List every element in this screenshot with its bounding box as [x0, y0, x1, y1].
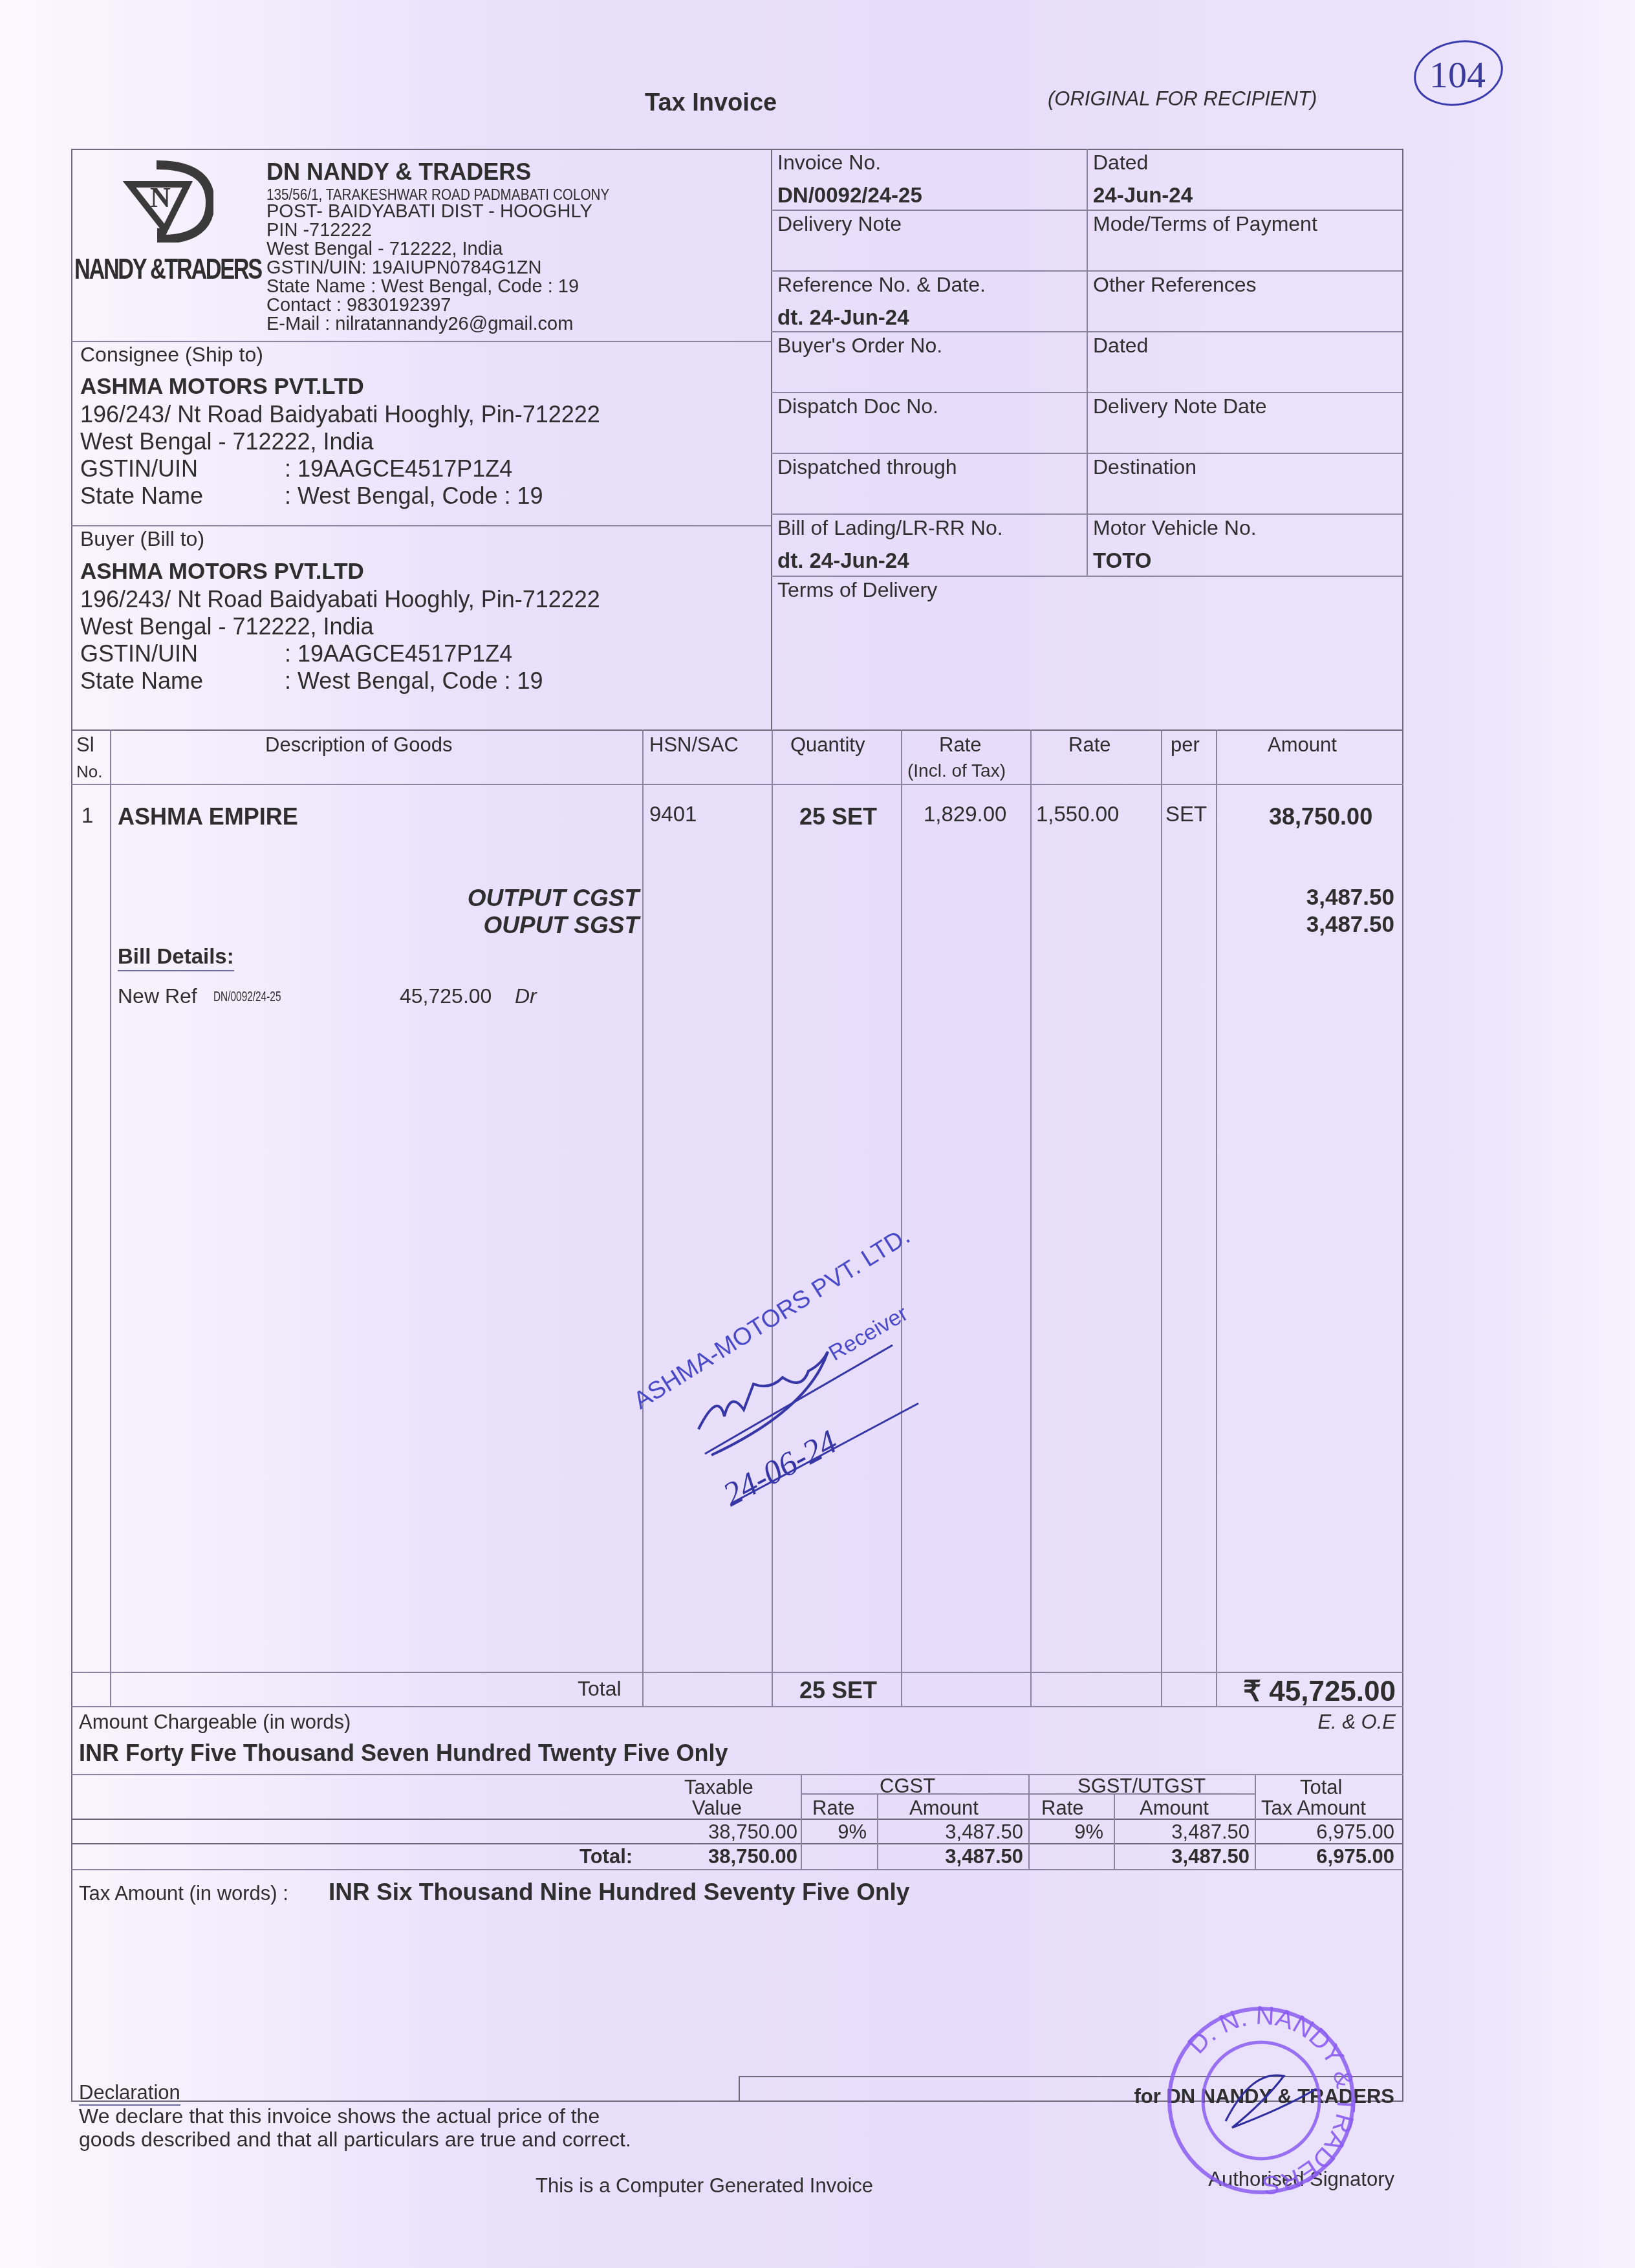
- bill-of-lading-value: dt. 24-Jun-24: [777, 548, 909, 573]
- tax-in-words: INR Six Thousand Nine Hundred Seventy Fi…: [329, 1879, 909, 1906]
- buyer-name: ASHMA MOTORS PVT.LTD: [80, 559, 364, 585]
- tax-col-total-2: Tax Amount: [1261, 1797, 1366, 1820]
- eoe-label: E. & O.E: [1317, 1711, 1396, 1734]
- output-sgst-label: OUPUT SGST: [483, 912, 639, 939]
- tax-row-sgst-rate: 9%: [1074, 1820, 1103, 1844]
- svg-text:104: 104: [1429, 54, 1486, 96]
- bill-ref-no: DN/0092/24-25: [213, 988, 281, 1005]
- seller-pin: PIN -712222: [266, 221, 372, 240]
- other-references-label: Other References: [1093, 273, 1257, 297]
- bill-amount: 45,725.00: [400, 984, 492, 1008]
- col-per: per: [1171, 733, 1200, 757]
- consignee-address-2: West Bengal - 712222, India: [80, 428, 374, 455]
- tax-col-cgst-rate: Rate: [812, 1797, 854, 1820]
- company-seal-stamp: D. N. NANDY & TRADERS: [1154, 1992, 1361, 2205]
- seller-name: DN NANDY & TRADERS: [266, 158, 531, 186]
- col-amount: Amount: [1268, 733, 1337, 757]
- col-rate: Rate: [1068, 733, 1110, 757]
- col-quantity: Quantity: [790, 733, 865, 757]
- tax-row-total: 6,975.00: [1316, 1820, 1394, 1844]
- reference-label: Reference No. & Date.: [777, 273, 986, 297]
- col-sl: Sl: [76, 733, 94, 757]
- vehicle-no: TOTO: [1093, 548, 1151, 573]
- total-quantity: 25 SET: [799, 1677, 877, 1704]
- seller-gstin: GSTIN/UIN: 19AIUPN0784G1ZN: [266, 259, 541, 277]
- svg-text:D. N. NANDY & TRADERS: D. N. NANDY & TRADERS: [1182, 2001, 1360, 2199]
- output-sgst-amount: 3,487.50: [1306, 912, 1394, 938]
- buyer-gstin-label: GSTIN/UIN: [80, 640, 198, 667]
- invoice-date: 24-Jun-24: [1093, 183, 1193, 208]
- item-description: ASHMA EMPIRE: [118, 803, 298, 830]
- buyer-address-1: 196/243/ Nt Road Baidyabati Hooghly, Pin…: [80, 586, 600, 613]
- seller-state-line: West Bengal - 712222, India: [266, 240, 503, 259]
- total-label: Total: [578, 1677, 622, 1701]
- tax-total-cgst: 3,487.50: [945, 1845, 1023, 1868]
- tax-total-taxable: 38,750.00: [708, 1845, 797, 1868]
- tax-total-label: Total:: [579, 1845, 633, 1868]
- declaration-line-2: goods described and that all particulars…: [79, 2128, 631, 2152]
- dated-label: Dated: [1093, 151, 1148, 175]
- destination-label: Destination: [1093, 455, 1196, 479]
- buyer-label: Buyer (Bill to): [80, 527, 204, 551]
- col-rate-incl: Rate: [939, 733, 981, 757]
- vehicle-no-label: Motor Vehicle No.: [1093, 516, 1257, 540]
- tax-col-taxable-2: Value: [692, 1797, 742, 1820]
- tax-col-total: Total: [1300, 1776, 1342, 1799]
- tax-words-label: Tax Amount (in words) :: [79, 1882, 288, 1905]
- invoice-no-label: Invoice No.: [777, 151, 881, 175]
- tax-col-cgst: CGST: [880, 1775, 935, 1798]
- tax-col-sgst-amount: Amount: [1140, 1797, 1209, 1820]
- svg-text:N: N: [150, 182, 171, 213]
- item-sl: 1: [81, 803, 93, 828]
- item-quantity: 25 SET: [799, 803, 877, 830]
- tax-col-cgst-amount: Amount: [909, 1797, 979, 1820]
- consignee-name: ASHMA MOTORS PVT.LTD: [80, 374, 364, 400]
- computer-generated-note: This is a Computer Generated Invoice: [536, 2174, 873, 2198]
- tax-col-sgst-rate: Rate: [1041, 1797, 1083, 1820]
- item-rate: 1,550.00: [1036, 802, 1119, 826]
- receiver-stamp-signature: ASHMA-MOTORS PVT. LTD. Receiver 24-06-24: [614, 1196, 1035, 1533]
- consignee-state: : West Bengal, Code : 19: [285, 482, 543, 510]
- col-description: Description of Goods: [265, 733, 452, 757]
- bill-details-title: Bill Details:: [118, 944, 234, 971]
- tax-row-cgst-rate: 9%: [838, 1820, 867, 1844]
- invoice-no: DN/0092/24-25: [777, 183, 922, 208]
- document-title: Tax Invoice: [645, 89, 777, 117]
- bill-of-lading-label: Bill of Lading/LR-RR No.: [777, 516, 1003, 540]
- declaration-line-1: We declare that this invoice shows the a…: [79, 2104, 600, 2128]
- tax-row-sgst-amount: 3,487.50: [1171, 1820, 1250, 1844]
- terms-of-delivery-label: Terms of Delivery: [777, 578, 937, 602]
- consignee-gstin-label: GSTIN/UIN: [80, 455, 198, 482]
- consignee-address-1: 196/243/ Nt Road Baidyabati Hooghly, Pin…: [80, 401, 600, 428]
- buyer-state: : West Bengal, Code : 19: [285, 667, 543, 695]
- buyers-order-dated-label: Dated: [1093, 334, 1148, 358]
- buyers-order-label: Buyer's Order No.: [777, 334, 942, 358]
- buyer-state-label: State Name: [80, 667, 203, 695]
- col-hsn: HSN/SAC: [649, 733, 739, 757]
- bill-dr-cr: Dr: [515, 984, 537, 1008]
- handwritten-page-number: 104: [1410, 36, 1507, 113]
- tax-row-cgst-amount: 3,487.50: [945, 1820, 1023, 1844]
- delivery-note-label: Delivery Note: [777, 212, 902, 236]
- seller-state-name: State Name : West Bengal, Code : 19: [266, 277, 579, 296]
- consignee-state-label: State Name: [80, 482, 203, 510]
- amount-words-label: Amount Chargeable (in words): [79, 1711, 351, 1734]
- logo-wordmark: NANDY &TRADERS: [74, 254, 261, 286]
- seller-email: E-Mail : nilratannandy26@gmail.com: [266, 315, 573, 334]
- delivery-note-date-label: Delivery Note Date: [1093, 394, 1267, 418]
- buyer-address-2: West Bengal - 712222, India: [80, 613, 374, 640]
- tax-total-amount: 6,975.00: [1316, 1845, 1394, 1868]
- output-cgst-label: OUTPUT CGST: [468, 885, 639, 912]
- reference-value: dt. 24-Jun-24: [777, 305, 909, 330]
- total-amount: ₹ 45,725.00: [1243, 1675, 1396, 1708]
- dispatched-through-label: Dispatched through: [777, 455, 957, 479]
- buyer-gstin: : 19AAGCE4517P1Z4: [285, 640, 512, 667]
- copy-label: (ORIGINAL FOR RECIPIENT): [1048, 87, 1317, 111]
- col-rate-incl-sub: (Incl. of Tax): [907, 761, 1006, 781]
- tax-col-sgst: SGST/UTGST: [1077, 1775, 1206, 1798]
- dispatch-doc-label: Dispatch Doc No.: [777, 394, 938, 418]
- col-sl-no: No.: [76, 762, 102, 782]
- consignee-gstin: : 19AAGCE4517P1Z4: [285, 455, 512, 482]
- payment-terms-label: Mode/Terms of Payment: [1093, 212, 1317, 236]
- tax-col-taxable: Taxable: [684, 1776, 753, 1799]
- company-logo-icon: N: [116, 158, 213, 243]
- item-rate-incl: 1,829.00: [924, 802, 1006, 826]
- tax-row-taxable: 38,750.00: [708, 1820, 797, 1844]
- item-amount: 38,750.00: [1269, 803, 1372, 830]
- tax-total-sgst: 3,487.50: [1171, 1845, 1250, 1868]
- seller-address-line: POST- BAIDYABATI DIST - HOOGHLY: [266, 202, 592, 221]
- bill-ref-type: New Ref: [118, 984, 197, 1008]
- item-per: SET: [1165, 802, 1207, 826]
- svg-text:Receiver: Receiver: [825, 1301, 912, 1366]
- declaration-title: Declaration: [79, 2081, 180, 2106]
- consignee-label: Consignee (Ship to): [80, 343, 263, 367]
- item-hsn: 9401: [649, 802, 697, 826]
- output-cgst-amount: 3,487.50: [1306, 885, 1394, 911]
- seller-contact: Contact : 9830192397: [266, 296, 451, 315]
- amount-in-words: INR Forty Five Thousand Seven Hundred Tw…: [79, 1740, 728, 1767]
